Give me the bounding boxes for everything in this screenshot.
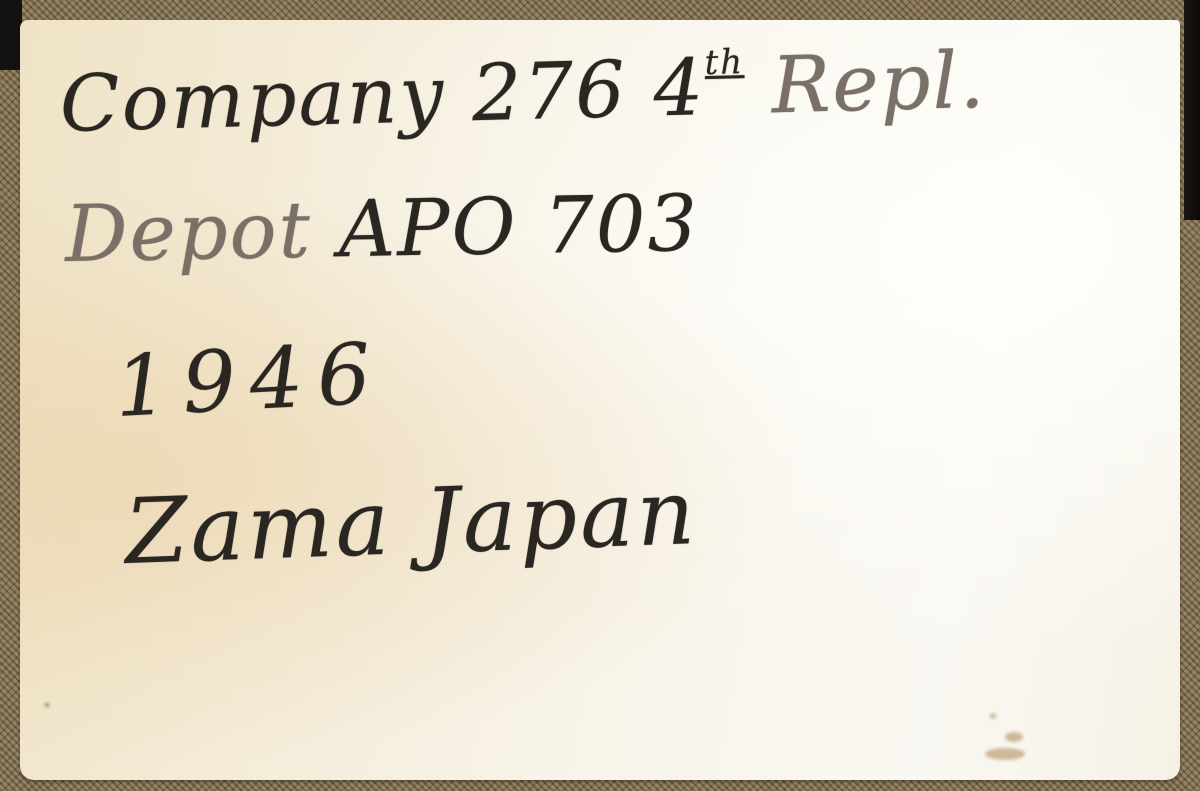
- stain-spot: [990, 713, 996, 719]
- location-city: Zama: [123, 471, 394, 585]
- ordinal-number: 4: [652, 43, 706, 134]
- handwriting-line-depot: Depot APO 703: [64, 179, 700, 280]
- stain-spot: [1005, 732, 1023, 742]
- handwriting-line-year: 1946: [112, 324, 387, 436]
- apo-label: APO: [338, 182, 518, 275]
- stain-spot: [985, 748, 1025, 760]
- dark-corner-top-left: [0, 0, 22, 70]
- dark-edge-right: [1184, 0, 1200, 220]
- location-country: Japan: [422, 460, 699, 574]
- year: 1946: [112, 324, 387, 436]
- unit-repl: Repl.: [770, 36, 987, 132]
- stain-spot: [45, 703, 49, 707]
- apo-number: 703: [543, 179, 699, 272]
- handwriting-line-company: Company 276 4th Repl.: [59, 36, 987, 150]
- handwriting-line-location: Zama Japan: [123, 460, 699, 585]
- company-label: Company: [59, 50, 447, 150]
- ordinal-suffix: th: [704, 42, 745, 83]
- company-number: 276: [471, 45, 628, 139]
- photo-card-back: Company 276 4th Repl. Depot APO 703 1946…: [20, 20, 1180, 780]
- unit-depot: Depot: [64, 186, 312, 280]
